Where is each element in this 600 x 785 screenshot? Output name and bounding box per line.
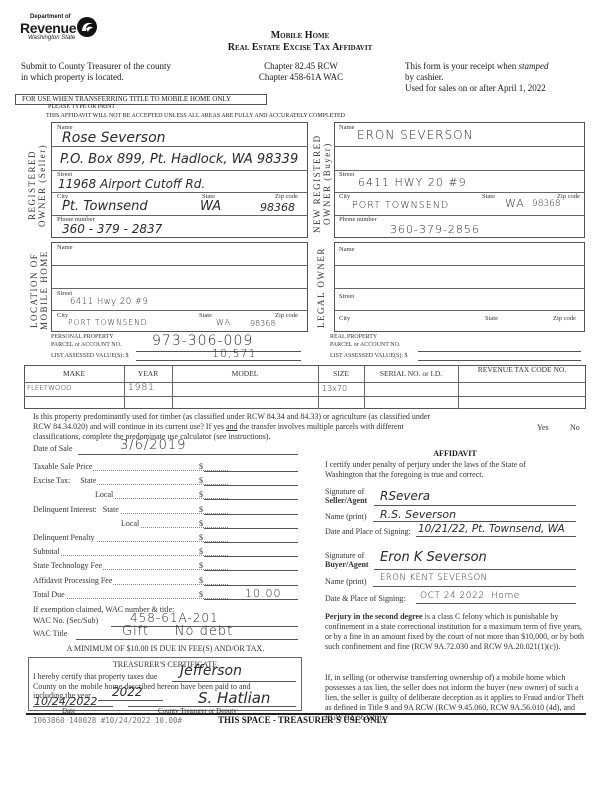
tax-row-underline <box>204 528 298 529</box>
table-cell-year[interactable]: 1981 <box>128 383 155 393</box>
seller-state-field[interactable]: WA <box>200 199 221 214</box>
treasurer-use-only: THIS SPACE - TREASURER'S USE ONLY <box>218 715 388 725</box>
timber-question-line1: Is this property predominantly used for … <box>33 412 430 421</box>
currency-sign: $ <box>199 519 203 528</box>
location-assessed-label: LIST ASSESSED VALUE(S): $ <box>51 353 129 359</box>
seller-section-label: REGISTERED OWNER (Seller) <box>27 130 47 240</box>
date-of-sale-field[interactable]: 3/6/2019 <box>120 438 186 453</box>
logo-washington-state: Washington State <box>28 35 75 41</box>
type-or-print: PLEASE TYPE OR PRINT <box>48 104 115 110</box>
treasurer-signature[interactable]: S. Hatlian <box>198 689 270 707</box>
buyer-name-field[interactable]: ERON SEVERSON <box>357 128 474 142</box>
legal-city-label: City <box>339 315 350 322</box>
treasurer-cert-line1: I hereby certify that property taxes due <box>33 672 157 681</box>
tax-row-label: Taxable Sale Price <box>33 462 93 471</box>
location-street-label: Street <box>57 290 72 297</box>
seller-name-field[interactable]: Rose Severson <box>62 130 166 146</box>
seller-city-field[interactable]: Pt. Townsend <box>62 199 148 214</box>
affidavit-cert-line2: Washington that the foregoing is true an… <box>325 470 483 479</box>
col-make: MAKE <box>24 370 124 378</box>
location-street-field[interactable]: 6411 Hwy 20 #9 <box>70 297 148 307</box>
tax-row-label: Local <box>121 519 140 528</box>
seller-zip-field[interactable]: 98368 <box>260 201 295 214</box>
wac-title-label: WAC Title <box>33 629 67 638</box>
buyer-name-label: Name <box>339 124 355 131</box>
seller-sig-label-1: Signature of <box>325 487 364 496</box>
personal-property-label-2: PARCEL or ACCOUNT NO. <box>51 342 121 348</box>
personal-property-label-1: PERSONAL PROPERTY <box>51 334 114 340</box>
buyer-street-field[interactable]: 6411 HWY 20 #9 <box>358 176 467 189</box>
tax-row-label: State Technology Fee <box>33 561 103 570</box>
real-property-label-2: PARCEL or ACCOUNT NO. <box>330 342 400 348</box>
currency-sign: $ <box>199 476 203 485</box>
currency-sign: $ <box>199 490 203 499</box>
seller-section-label-1: REGISTERED <box>27 150 37 220</box>
seller-sig-label-2: Seller/Agent <box>325 496 367 505</box>
seller-name-print-field[interactable]: R.S. Severson <box>380 508 456 521</box>
currency-sign: $ <box>199 462 203 471</box>
treasurer-cert-title: TREASURER'S CERTIFICATE <box>28 660 302 669</box>
treasurer-year-field[interactable]: 2022 <box>112 685 143 699</box>
currency-sign: $ <box>199 561 203 570</box>
currency-sign: $ <box>199 533 203 542</box>
buyer-date-place-label: Date & Place of Signing: <box>325 594 405 603</box>
tax-row-underline <box>204 585 298 586</box>
date-of-sale-label: Date of Sale <box>33 444 73 453</box>
location-section-label-1: LOCATION OF <box>29 252 39 327</box>
tax-row-underline <box>204 471 298 472</box>
affidavit-title: AFFIDAVIT <box>320 449 590 458</box>
receipt-note-3: Used for sales on or after April 1, 2022 <box>405 83 546 93</box>
buyer-name-print-label: Name (print) <box>325 577 367 586</box>
seller-date-place-field[interactable]: 10/21/22, Pt. Townsend, WA <box>418 523 565 535</box>
buyer-phone-label: Phone number <box>339 216 377 223</box>
affidavit-cert-line1: I certify under penalty of perjury under… <box>325 460 526 469</box>
location-city-field[interactable]: PORT TOWNSEND <box>68 318 147 327</box>
legal-owner-box <box>334 242 585 332</box>
form-title-line2: Real Estate Excise Tax Affidavit <box>170 42 430 53</box>
receipt-note-1: This form is your receipt when stamped <box>405 61 548 71</box>
timber-no-option[interactable]: No <box>570 423 580 432</box>
location-zip-label: Zip code <box>275 312 298 319</box>
receipt-note-2: by cashier. <box>405 72 444 82</box>
logo-revenue: Revenue <box>20 20 76 36</box>
buyer-section-label: NEW REGISTERED OWNER (Buyer) <box>312 128 332 240</box>
legal-name-label: Name <box>339 246 355 253</box>
form-title-line1: Mobile Home <box>200 30 400 41</box>
seller-name-line2-field[interactable]: P.O. Box 899, Pt. Hadlock, WA 98339 <box>60 152 298 167</box>
submit-note-2: in which property is located. <box>21 72 124 82</box>
tax-row-underline <box>204 542 298 543</box>
seller-section-label-2: OWNER (Seller) <box>37 143 47 226</box>
tax-row-label: Delinquent Penalty <box>33 533 96 542</box>
legal-zip-label: Zip code <box>553 315 576 322</box>
buyer-state-field[interactable]: WA <box>505 197 525 210</box>
treasurer-county-field[interactable]: Jefferson <box>180 663 242 679</box>
legal-assessed-label: LIST ASSESSED VALUE(S): $ <box>330 353 408 359</box>
buyer-zip-field[interactable]: 98368 <box>532 199 561 209</box>
location-name-label: Name <box>57 244 73 251</box>
tax-row-label: Affidavit Processing Fee <box>33 576 113 585</box>
seller-date-place-label: Date and Place of Signing: <box>325 527 411 536</box>
timber-question-line2: RCW 84.34.020) and will continue in its … <box>33 422 404 431</box>
table-cell-size[interactable]: 13x70 <box>322 384 347 393</box>
legal-state-label: State <box>485 315 498 322</box>
tax-row-underline <box>204 514 298 515</box>
seller-street-field[interactable]: 11968 Airport Cutoff Rd. <box>58 177 205 191</box>
receipt-note-stamped: stamped <box>518 61 548 71</box>
location-section-label: LOCATION OF MOBILE HOME <box>29 244 49 336</box>
submit-note-1: Submit to County Treasurer of the county <box>21 61 171 71</box>
buyer-name-print-field[interactable]: ERON KENT SEVERSON <box>380 573 488 583</box>
tax-row-label: Delinquent Interest: State <box>33 505 120 514</box>
cashier-stamp: 1063860 140028 #10/24/2022 10.00# <box>33 716 182 725</box>
col-year: YEAR <box>124 370 172 378</box>
wac-no-label: WAC No. (Sec/Sub) <box>33 616 98 625</box>
tax-row-underline <box>204 556 298 557</box>
real-property-label-1: REAL PROPERTY <box>330 334 377 340</box>
timber-line2-c: the transfer involves multiple parcels w… <box>238 422 404 431</box>
buyer-sig-label-2: Buyer/Agent <box>325 560 369 569</box>
tax-row-label: Excise Tax: State <box>33 476 97 485</box>
tax-row-value[interactable]: 10.00 <box>245 587 282 600</box>
col-model: MODEL <box>172 370 318 378</box>
perjury-notice: Perjury in the second degree is a class … <box>325 612 587 652</box>
location-city-label: City <box>57 312 68 319</box>
buyer-city-label: City <box>339 193 350 200</box>
tax-row-label: Subtotal <box>33 547 61 556</box>
tax-row-label: Local <box>95 490 114 499</box>
timber-yes-option[interactable]: Yes <box>537 423 549 432</box>
tax-row-underline <box>204 499 298 500</box>
wac-no-field[interactable]: 458-61A-201 <box>130 611 219 625</box>
receipt-note-text: This form is your receipt when <box>405 61 518 71</box>
dor-logo: Department of Revenue Washington State <box>18 14 108 46</box>
buyer-signature[interactable]: Eron K Severson <box>380 550 487 565</box>
chapter-wac: Chapter 458-61A WAC <box>236 72 366 82</box>
buyer-section-label-2: OWNER (Buyer) <box>322 143 332 226</box>
col-revenue-code: REVENUE TAX CODE NO. <box>468 366 576 374</box>
location-state-label: State <box>199 312 212 319</box>
buyer-state-label: State <box>482 193 495 200</box>
legal-owner-section-label: LEGAL OWNER <box>316 244 326 332</box>
buyer-street-label: Street <box>339 171 354 178</box>
tax-row-underline <box>204 570 298 571</box>
completion-warning: THIS AFFIDAVIT WILL NOT BE ACCEPTED UNLE… <box>46 113 345 119</box>
buyer-city-field[interactable]: PORT TOWNSEND <box>352 200 449 211</box>
timber-line2-a: RCW 84.34.020) and will continue in its … <box>33 422 226 431</box>
wac-title-field[interactable]: Gift No debt <box>122 624 233 639</box>
seller-signature[interactable]: RSevera <box>380 489 430 503</box>
perjury-notice-bold: Perjury in the second degree <box>325 612 423 621</box>
location-assessed-field[interactable]: 10,571 <box>212 347 257 360</box>
currency-sign: $ <box>199 590 203 599</box>
chapter-rcw: Chapter 82.45 RCW <box>236 61 366 71</box>
buyer-phone-field[interactable]: 360-379-2856 <box>390 223 480 236</box>
seller-name-print-label: Name (print) <box>325 512 367 521</box>
currency-sign: $ <box>199 505 203 514</box>
minimum-due-note: A MINIMUM OF $10.00 IS DUE IN FEE(S) AND… <box>33 644 298 653</box>
seller-phone-field[interactable]: 360 - 379 - 2837 <box>62 222 162 236</box>
location-zip-field[interactable]: 98368 <box>250 319 275 328</box>
tax-row-label: Total Due <box>33 590 66 599</box>
col-size: SIZE <box>318 370 364 378</box>
col-serial: SERIAL NO. or I.D. <box>364 370 458 378</box>
legal-street-label: Street <box>339 293 354 300</box>
location-state-field[interactable]: WA <box>216 318 231 327</box>
buyer-section-label-1: NEW REGISTERED <box>312 135 322 234</box>
buyer-sig-label-1: Signature of <box>325 551 364 560</box>
currency-sign: $ <box>199 547 203 556</box>
buyer-date-place-field[interactable]: OCT 24 2022 Home <box>420 591 520 601</box>
currency-sign: $ <box>199 576 203 585</box>
seller-zip-label: Zip code <box>275 193 298 200</box>
tax-row-underline <box>204 485 298 486</box>
table-cell-make[interactable]: FLEETWOOD <box>27 384 71 392</box>
dor-swirl-icon <box>76 16 98 38</box>
timber-line2-and: and <box>226 422 238 431</box>
location-section-label-2: MOBILE HOME <box>39 250 49 330</box>
